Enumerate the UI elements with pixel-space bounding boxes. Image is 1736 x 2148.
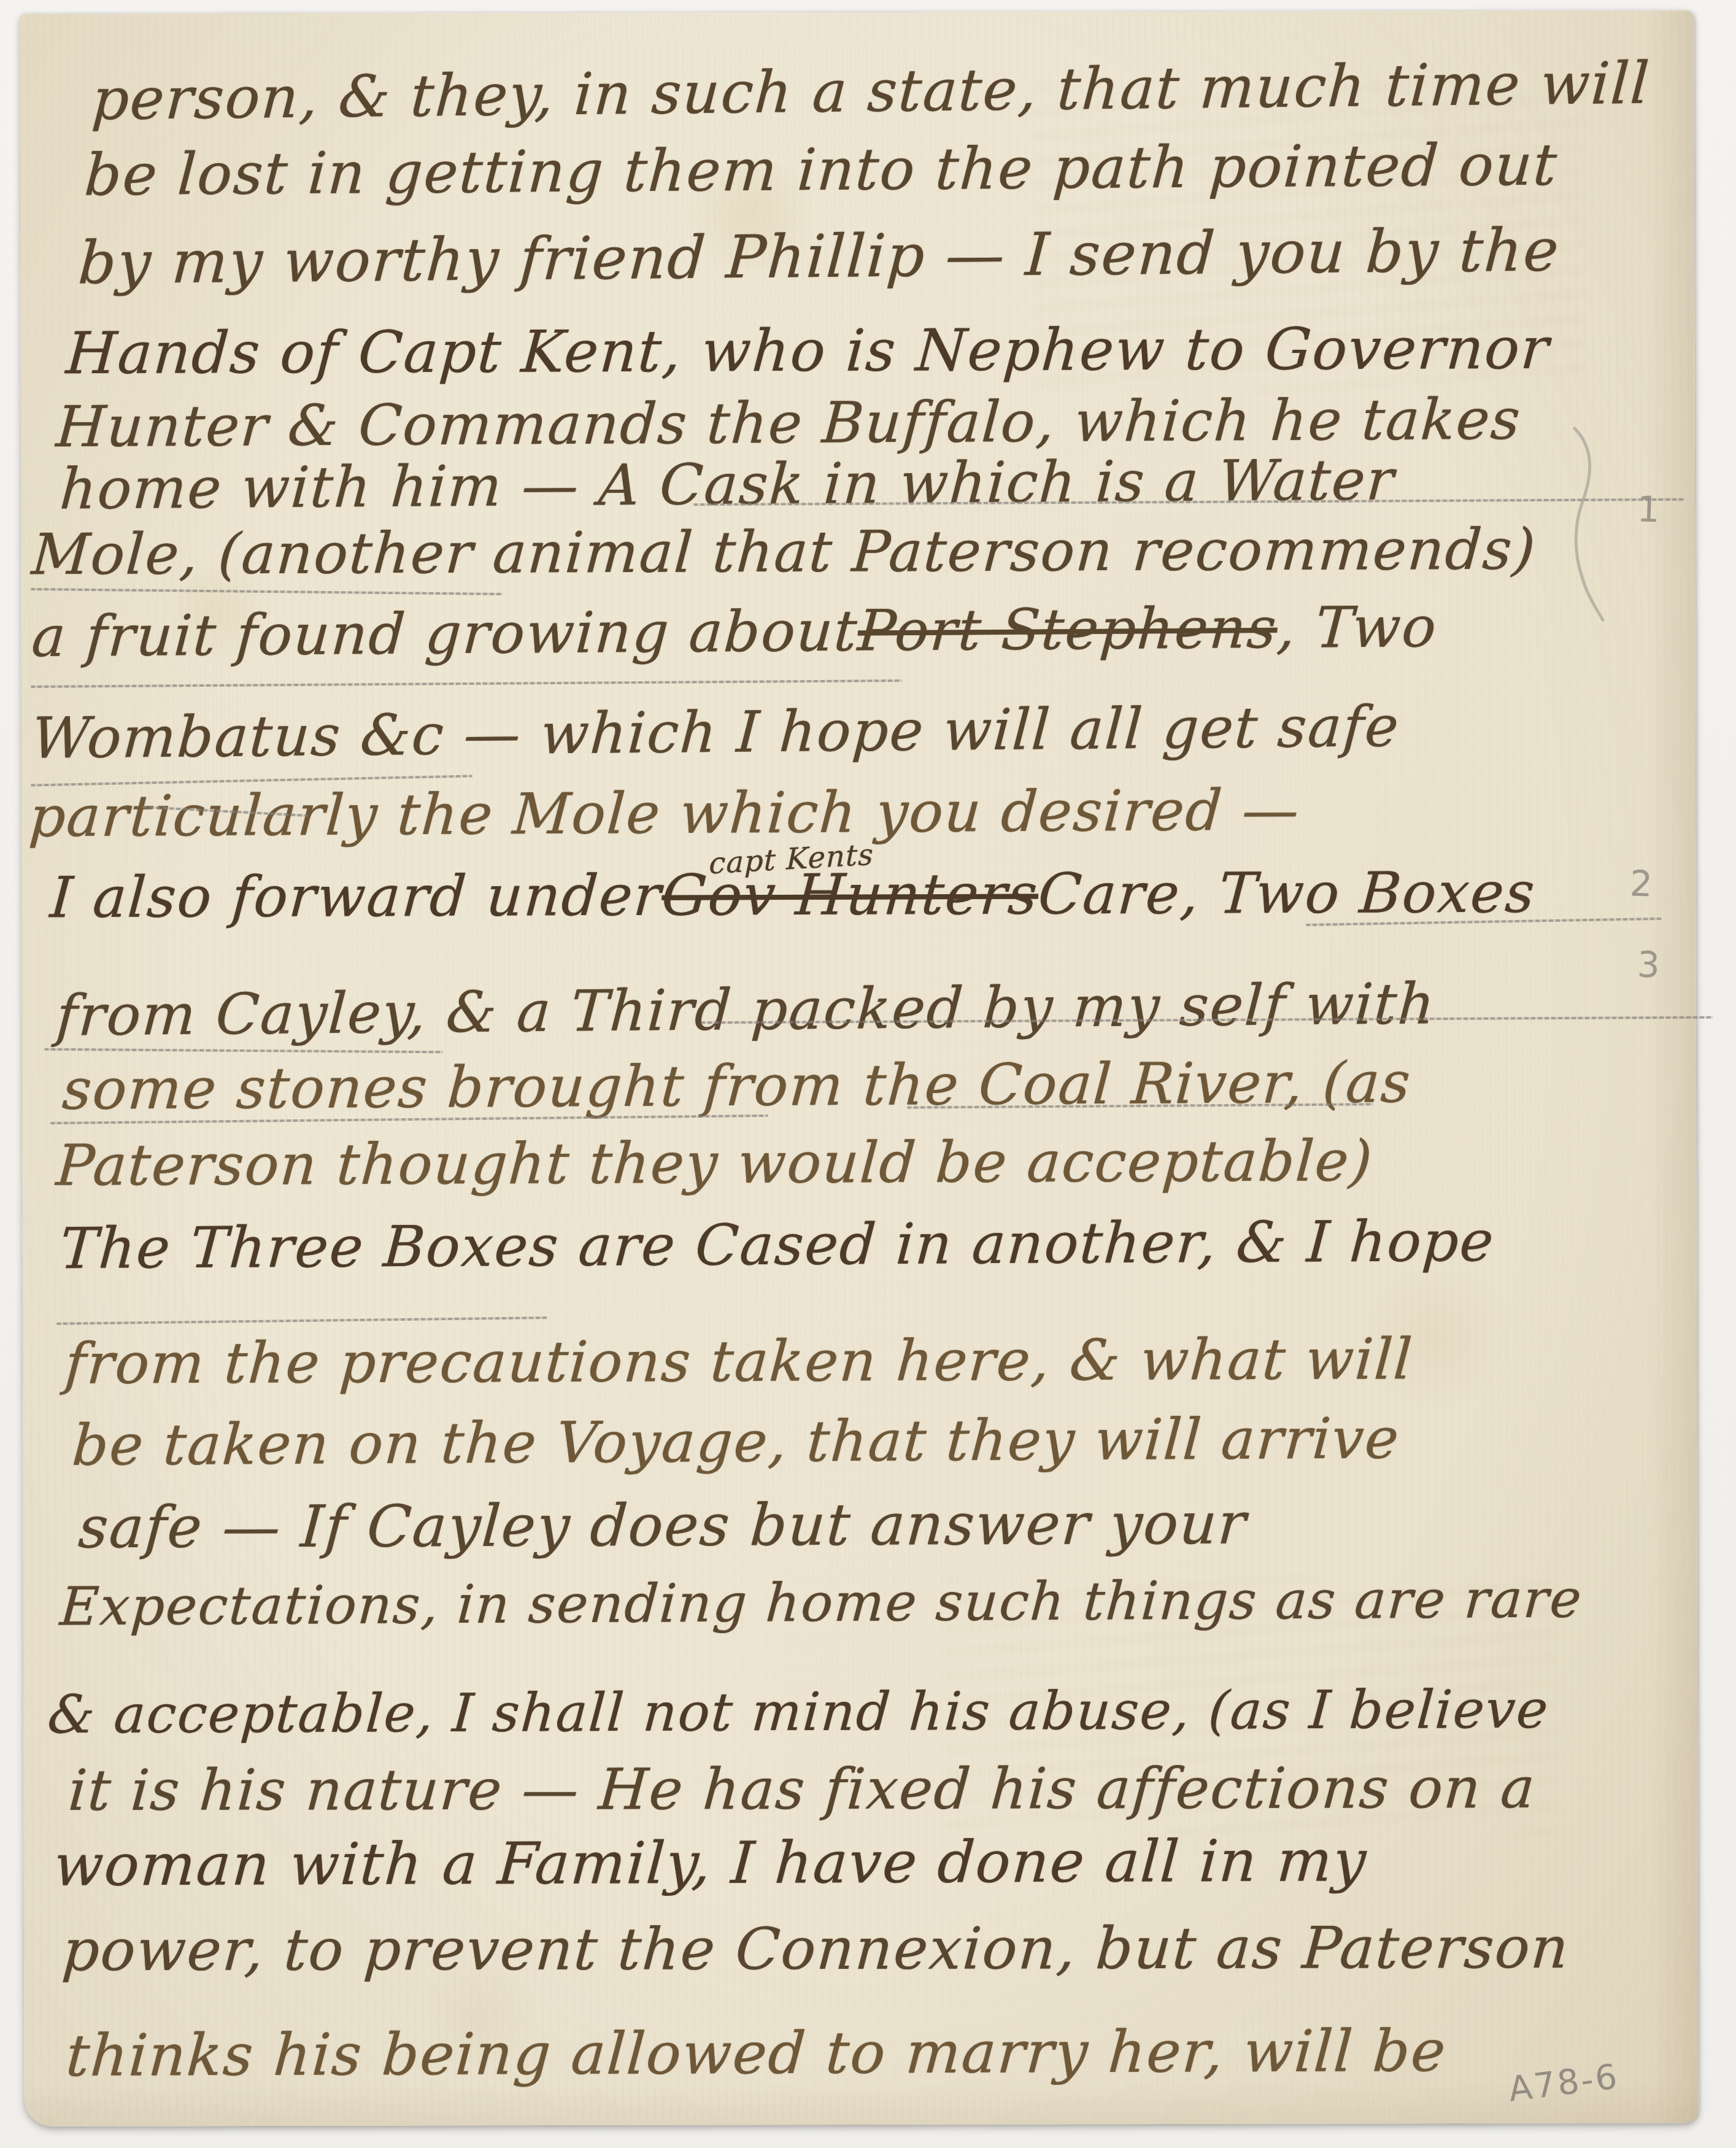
letter-line: be lost in getting them into the path po… (83, 132, 1560, 209)
ink-text: from the precautions taken here, & what … (63, 1326, 1415, 1397)
letter-line: power, to prevent the Connexion, but as … (60, 1915, 1572, 1984)
pencil-margin-number: 3 (1637, 943, 1661, 986)
letter-line: Mole, (another animal that Paterson reco… (29, 517, 1538, 588)
letter-line: woman with a Family, I have done all in … (52, 1828, 1369, 1899)
letter-line: Paterson thought they would be acceptabl… (54, 1128, 1375, 1199)
ink-text: The Three Boxes are Cased in another, & … (58, 1208, 1497, 1281)
ink-text: Mole, (another animal that Paterson reco… (29, 517, 1538, 588)
letter-line: Wombatus &c — which I hope will all get … (30, 693, 1402, 771)
ink-text: Wombatus &c — which I hope will all get … (30, 693, 1402, 771)
ink-text: Expectations, in sending home such thing… (58, 1568, 1584, 1637)
struck-ink-text: Port Stephens (856, 595, 1279, 664)
ink-text: particularly the Mole which you desired … (28, 778, 1302, 850)
letter-line: Expectations, in sending home such thing… (58, 1568, 1584, 1637)
letter-line: thinks his being allowed to marry her, w… (64, 2018, 1448, 2090)
pencil-margin-number: 2 (1629, 862, 1653, 905)
ink-text: be taken on the Voyage, that they will a… (71, 1405, 1402, 1478)
ink-text: Paterson thought they would be acceptabl… (54, 1128, 1375, 1199)
letter-line: from the precautions taken here, & what … (63, 1326, 1415, 1397)
ink-text: woman with a Family, I have done all in … (52, 1828, 1369, 1899)
letter-line: The Three Boxes are Cased in another, & … (58, 1208, 1497, 1281)
pencil-margin-number: 1 (1637, 488, 1661, 530)
ink-text: Care, Two Boxes (1036, 860, 1538, 927)
pencil-bracket-mark (1564, 425, 1607, 627)
ink-text: , Two (1275, 594, 1439, 661)
ink-text: Hands of Capt Kent, who is Nephew to Gov… (64, 315, 1551, 387)
ink-text: by my worthy friend Phillip — I send you… (77, 215, 1562, 297)
letter-line: it is his nature — He has fixed his affe… (66, 1755, 1538, 1823)
ink-text: a fruit found growing about (30, 598, 860, 670)
ink-text: I also forward under (48, 863, 664, 931)
letter-line: from Cayley, & a Third packed by my self… (55, 971, 1438, 1049)
ink-text: from Cayley, & a Third packed by my self… (55, 971, 1438, 1049)
struck-ink-text: Gov Hunterscapt Kents (660, 862, 1041, 929)
letter-line: some stones brought from the Coal River,… (61, 1049, 1414, 1122)
ink-text: home with him — A Cask in which is a Wat… (58, 447, 1397, 522)
letter-line: home with him — A Cask in which is a Wat… (58, 447, 1397, 522)
ink-text: safe — If Cayley does but answer your (76, 1491, 1249, 1562)
ink-text: some stones brought from the Coal River,… (61, 1049, 1414, 1122)
letter-line: I also forward under Gov Hunterscapt Ken… (48, 860, 1537, 930)
scan-canvas: person, & they, in such a state, that mu… (0, 0, 1736, 2148)
letter-line: safe — If Cayley does but answer your (76, 1491, 1249, 1562)
ink-text: be lost in getting them into the path po… (83, 132, 1560, 209)
ink-text: power, to prevent the Connexion, but as … (60, 1915, 1572, 1984)
ink-text: thinks his being allowed to marry her, w… (64, 2018, 1448, 2090)
ink-text: & acceptable, I shall not mind his abuse… (46, 1679, 1551, 1746)
letter-line: a fruit found growing about Port Stephen… (30, 594, 1440, 670)
letter-line: by my worthy friend Phillip — I send you… (77, 215, 1562, 297)
ink-text: it is his nature — He has fixed his affe… (66, 1755, 1538, 1823)
letter-line: particularly the Mole which you desired … (28, 778, 1302, 850)
letter-line: be taken on the Voyage, that they will a… (71, 1405, 1402, 1478)
letter-line: Hands of Capt Kent, who is Nephew to Gov… (64, 315, 1551, 387)
letter-line: & acceptable, I shall not mind his abuse… (46, 1679, 1551, 1746)
